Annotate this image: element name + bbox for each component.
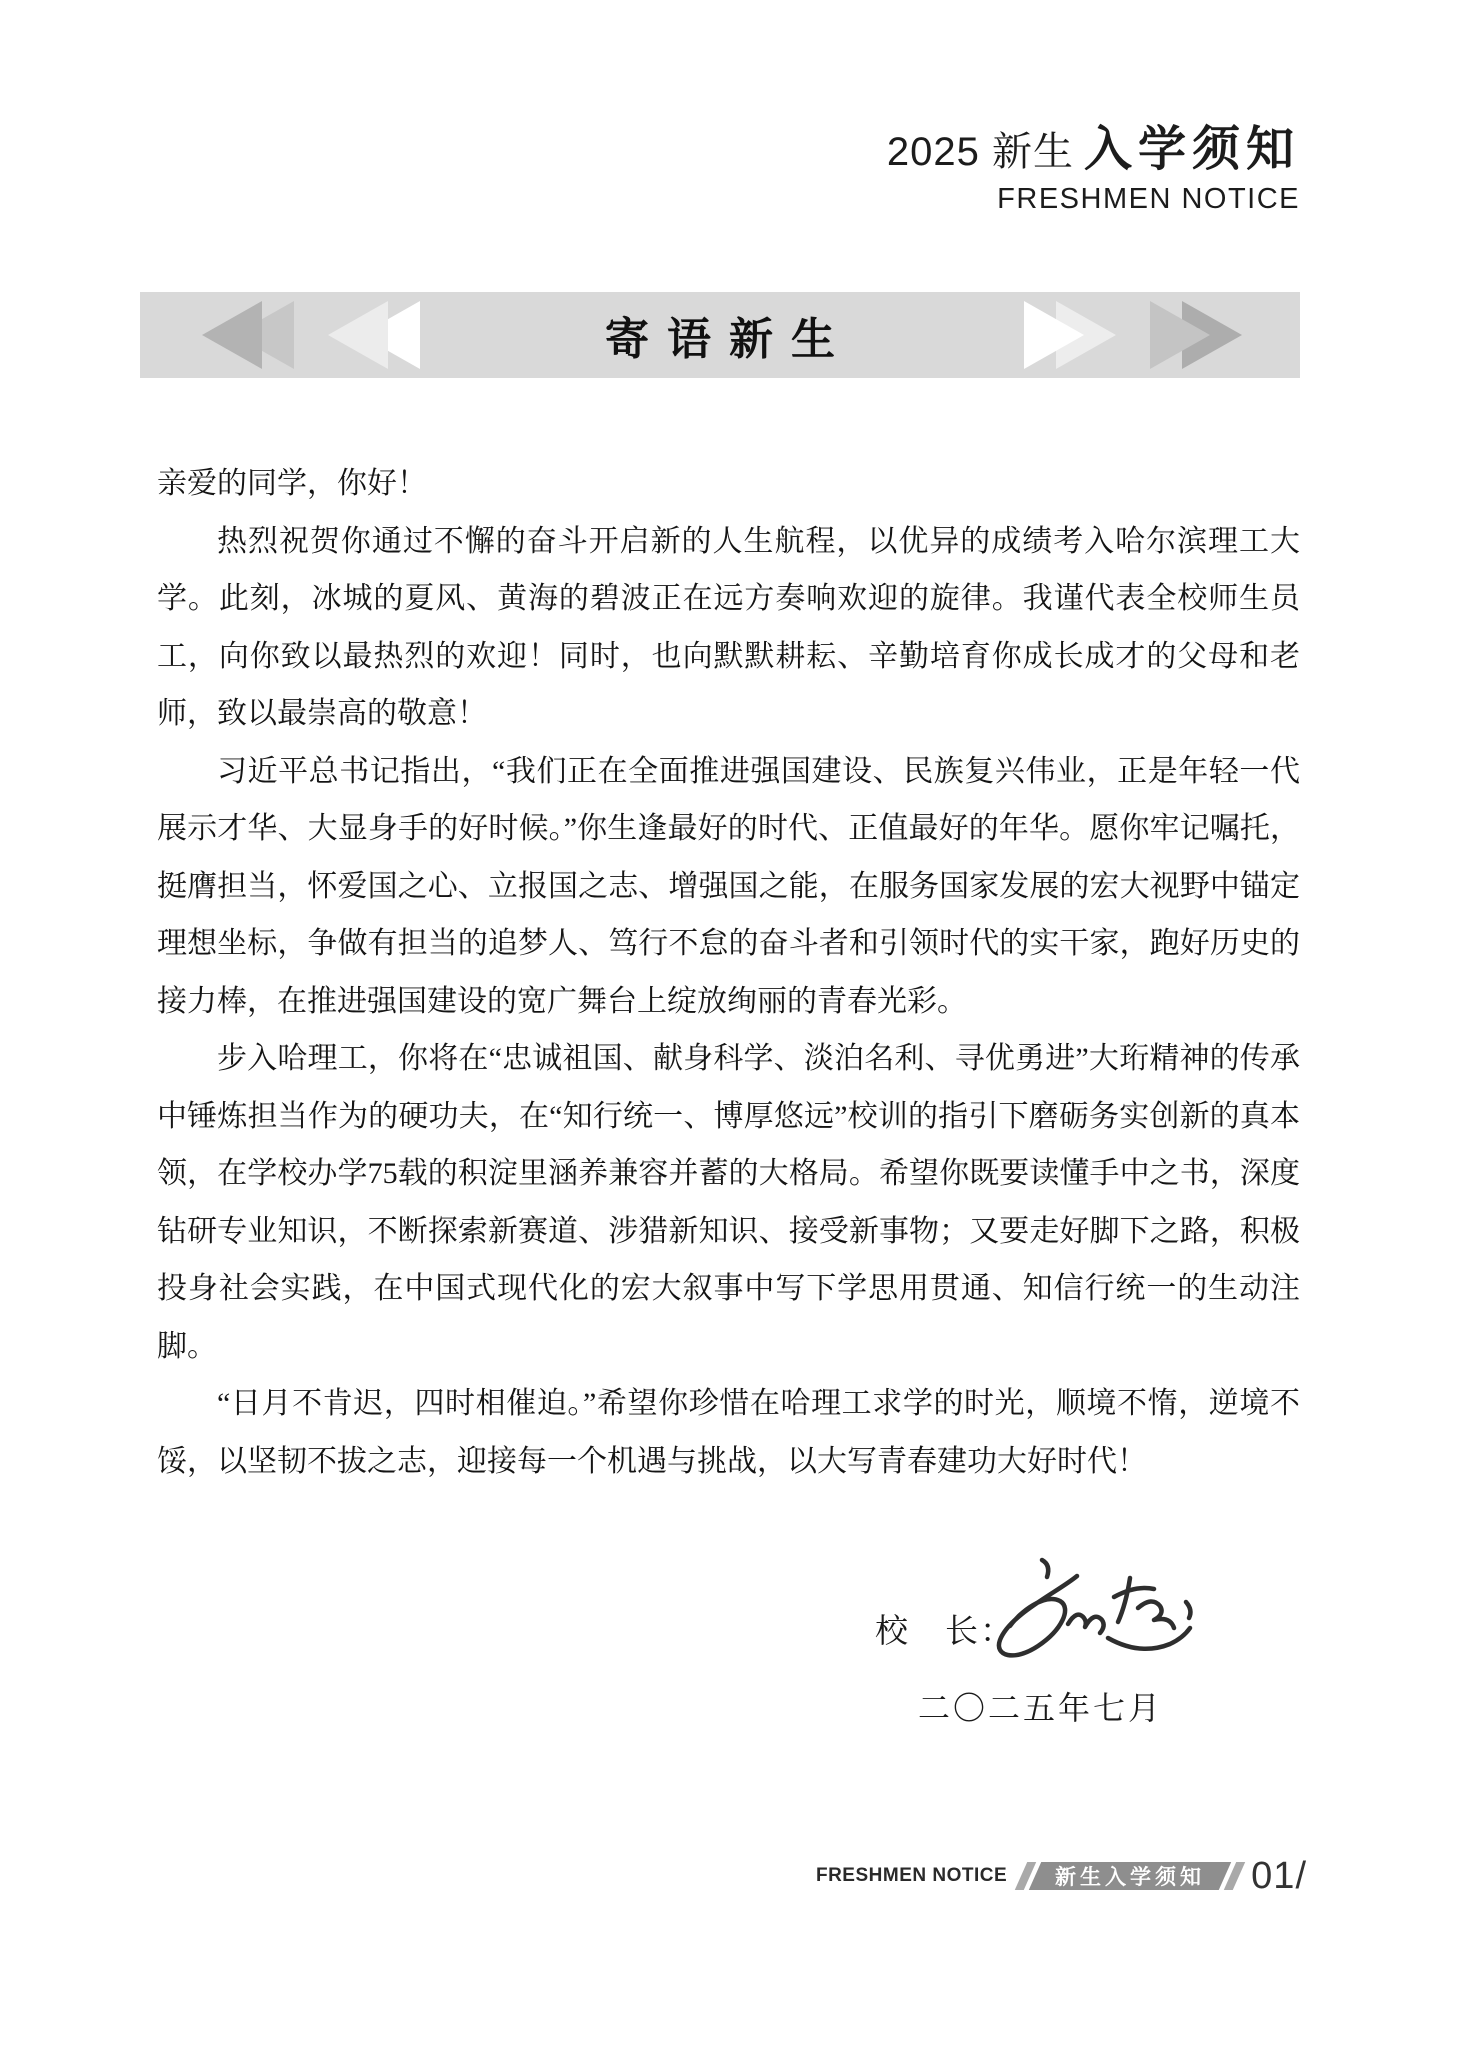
header-title-line: 2025 新生入学须知 — [887, 110, 1300, 179]
president-signature-handwriting — [980, 1552, 1210, 1670]
banner-title: 寄语新生 — [140, 303, 1300, 367]
page-header: 2025 新生入学须知 FRESHMEN NOTICE — [887, 110, 1300, 216]
footer-english-label: FRESHMEN NOTICE — [816, 1865, 1007, 1887]
letter-paragraph: 热烈祝贺你通过不懈的奋斗开启新的人生航程，以优异的成绩考入哈尔滨理工大学。此刻，… — [157, 513, 1300, 743]
section-banner: 寄语新生 — [140, 292, 1300, 378]
letter-greeting: 亲爱的同学，你好！ — [157, 455, 1300, 513]
signature-date: 二〇二五年七月 — [918, 1683, 1163, 1729]
letter-body: 亲爱的同学，你好！ 热烈祝贺你通过不懈的奋斗开启新的人生航程，以优异的成绩考入哈… — [157, 455, 1300, 1490]
freshmen-notice-page: 2025 新生入学须知 FRESHMEN NOTICE 寄语新生 亲爱的同学，你… — [0, 0, 1457, 2047]
header-subtitle: FRESHMEN NOTICE — [887, 183, 1300, 216]
footer-badge: 新生入学须知 — [1029, 1862, 1231, 1890]
letter-paragraph: 习近平总书记指出，“我们正在全面推进强国建设、民族复兴伟业，正是年轻一代展示才华… — [157, 743, 1300, 1031]
letter-paragraph: “日月不肯迟，四时相催迫。”希望你珍惜在哈理工求学的时光，顺境不惰，逆境不馁，以… — [157, 1375, 1300, 1490]
page-footer: FRESHMEN NOTICE 新生入学须知 01/ — [816, 1858, 1307, 1894]
letter-paragraph: 步入哈理工，你将在“忠诚祖国、献身科学、淡泊名利、寻优勇进”大珩精神的传承中锤炼… — [157, 1030, 1300, 1375]
page-number: 01/ — [1251, 1855, 1307, 1898]
header-year-text: 2025 新生 — [887, 130, 1074, 174]
footer-badge-label: 新生入学须知 — [1055, 1861, 1205, 1891]
header-title-bold: 入学须知 — [1084, 123, 1300, 176]
